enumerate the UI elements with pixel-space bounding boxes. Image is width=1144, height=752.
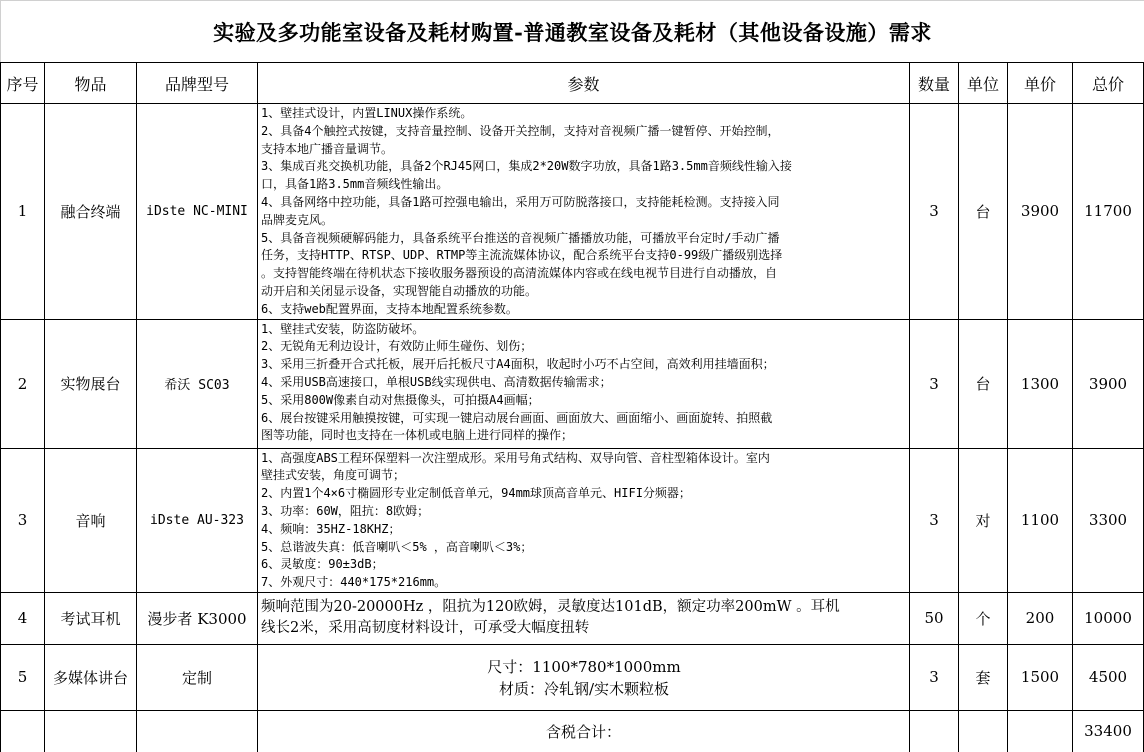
param-line: 3、采用三折叠开合式托板，展开后托板尺寸A4面积，收起时小巧不占空间，高效利用挂… (261, 356, 907, 374)
cell-params[interactable]: 1、壁挂式设计，内置LINUX操作系统。 2、具备4个触控式按键，支持音量控制、… (258, 104, 910, 320)
param-line: 6、支持web配置界面，支持本地配置系统参数。 (261, 301, 907, 319)
cell-index[interactable]: 4 (1, 592, 45, 644)
cell-total[interactable]: 11700 (1073, 104, 1144, 320)
cell-unit[interactable]: 套 (959, 644, 1008, 710)
header-unit: 单位 (959, 63, 1008, 104)
cell-empty[interactable] (910, 710, 959, 752)
cell-qty[interactable]: 50 (910, 592, 959, 644)
grand-total[interactable]: 33400 (1073, 710, 1144, 752)
param-line: 1、壁挂式设计，内置LINUX操作系统。 (261, 105, 907, 123)
cell-total[interactable]: 3900 (1073, 319, 1144, 448)
header-row: 序号 物品 品牌型号 参数 数量 单位 单价 总价 (1, 63, 1144, 104)
cell-params[interactable]: 1、壁挂式安装，防盗防破坏。 2、无锐角无利边设计，有效防止师生碰伤、划伤； 3… (258, 319, 910, 448)
table-row: 2 实物展台 希沃 SC03 1、壁挂式安装，防盗防破坏。 2、无锐角无利边设计… (1, 319, 1144, 448)
total-row: 含税合计： 33400 (1, 710, 1144, 752)
cell-brand[interactable]: 定制 (137, 644, 258, 710)
cell-item[interactable]: 音响 (45, 448, 137, 592)
cell-item[interactable]: 多媒体讲台 (45, 644, 137, 710)
header-total: 总价 (1073, 63, 1144, 104)
header-params: 参数 (258, 63, 910, 104)
cell-price[interactable]: 1300 (1008, 319, 1073, 448)
cell-item[interactable]: 实物展台 (45, 319, 137, 448)
cell-empty[interactable] (959, 710, 1008, 752)
cell-qty[interactable]: 3 (910, 319, 959, 448)
param-line: 任务，支持HTTP、RTSP、UDP、RTMP等主流流媒体协议，配合系统平台支持… (261, 247, 907, 265)
param-line: 频响范围为20-20000Hz ，阻抗为120欧姆，灵敏度达101dB，额定功率… (261, 597, 907, 618)
cell-index[interactable]: 1 (1, 104, 45, 320)
param-line: 图等功能，同时也支持在一体机或电脑上进行同样的操作； (261, 427, 907, 445)
param-line: 5、具备音视频硬解码能力，具备系统平台推送的音视频广播播放功能，可播放平台定时/… (261, 230, 907, 248)
cell-params[interactable]: 尺寸：1100*780*1000mm 材质：冷轧钢/实木颗粒板 (258, 644, 910, 710)
param-line: 5、总谐波失真：低音喇叭＜5% ，高音喇叭＜3%； (261, 539, 907, 557)
cell-price[interactable]: 200 (1008, 592, 1073, 644)
param-line: 4、具备网络中控功能，具备1路可控强电输出，采用万可防脱落接口，支持能耗检测。支… (261, 194, 907, 212)
param-line: 5、采用800W像素自动对焦摄像头，可拍摄A4画幅； (261, 392, 907, 410)
cell-index[interactable]: 3 (1, 448, 45, 592)
param-line: 7、外观尺寸：440*175*216mm。 (261, 574, 907, 592)
cell-total[interactable]: 10000 (1073, 592, 1144, 644)
spreadsheet: 实验及多功能室设备及耗材购置-普通教室设备及耗材（其他设备设施）需求 序号 物品… (0, 0, 1144, 752)
header-qty: 数量 (910, 63, 959, 104)
cell-price[interactable]: 1500 (1008, 644, 1073, 710)
cell-params[interactable]: 频响范围为20-20000Hz ，阻抗为120欧姆，灵敏度达101dB，额定功率… (258, 592, 910, 644)
param-line: 2、无锐角无利边设计，有效防止师生碰伤、划伤； (261, 338, 907, 356)
param-line: 品牌麦克风。 (261, 212, 907, 230)
param-line: 壁挂式安装，角度可调节； (261, 467, 907, 485)
cell-total[interactable]: 4500 (1073, 644, 1144, 710)
param-line: 。支持智能终端在待机状态下接收服务器预设的高清流媒体内容或在线电视节目进行自动播… (261, 265, 907, 283)
param-line: 2、具备4个触控式按键，支持音量控制、设备开关控制，支持对音视频广播一键暂停、开… (261, 123, 907, 141)
cell-brand[interactable]: iDste NC-MINI (137, 104, 258, 320)
table-row: 3 音响 iDste AU-323 1、高强度ABS工程环保塑料一次注塑成形。采… (1, 448, 1144, 592)
header-brand: 品牌型号 (137, 63, 258, 104)
cell-unit[interactable]: 台 (959, 319, 1008, 448)
param-line: 1、高强度ABS工程环保塑料一次注塑成形。采用号角式结构、双导向管、音柱型箱体设… (261, 450, 907, 468)
cell-item[interactable]: 融合终端 (45, 104, 137, 320)
cell-unit[interactable]: 个 (959, 592, 1008, 644)
cell-unit[interactable]: 台 (959, 104, 1008, 320)
total-label[interactable]: 含税合计： (258, 710, 910, 752)
cell-qty[interactable]: 3 (910, 104, 959, 320)
param-line: 2、内置1个4×6寸椭圆形专业定制低音单元，94mm球顶高音单元、HIFI分频器… (261, 485, 907, 503)
param-line: 1、壁挂式安装，防盗防破坏。 (261, 321, 907, 339)
cell-params[interactable]: 1、高强度ABS工程环保塑料一次注塑成形。采用号角式结构、双导向管、音柱型箱体设… (258, 448, 910, 592)
param-line: 线长2米，采用高韧度材料设计，可承受大幅度扭转 (261, 618, 907, 639)
cell-brand[interactable]: iDste AU-323 (137, 448, 258, 592)
cell-index[interactable]: 5 (1, 644, 45, 710)
param-line: 支持本地广播音量调节。 (261, 141, 907, 159)
cell-total[interactable]: 3300 (1073, 448, 1144, 592)
cell-empty[interactable] (1008, 710, 1073, 752)
header-index: 序号 (1, 63, 45, 104)
cell-empty[interactable] (1, 710, 45, 752)
header-item: 物品 (45, 63, 137, 104)
param-line: 口，具备1路3.5mm音频线性输出。 (261, 176, 907, 194)
cell-empty[interactable] (137, 710, 258, 752)
param-line: 3、集成百兆交换机功能，具备2个RJ45网口，集成2*20W数字功放，具备1路3… (261, 158, 907, 176)
param-line: 6、灵敏度：90±3dB； (261, 556, 907, 574)
cell-price[interactable]: 1100 (1008, 448, 1073, 592)
cell-brand[interactable]: 漫步者 K3000 (137, 592, 258, 644)
param-line: 3、功率：60W，阻抗：8欧姆； (261, 503, 907, 521)
cell-qty[interactable]: 3 (910, 448, 959, 592)
sheet-title: 实验及多功能室设备及耗材购置-普通教室设备及耗材（其他设备设施）需求 (0, 0, 1144, 63)
param-line: 4、频响：35HZ-18KHZ； (261, 521, 907, 539)
table-row: 5 多媒体讲台 定制 尺寸：1100*780*1000mm 材质：冷轧钢/实木颗… (1, 644, 1144, 710)
table-row: 4 考试耳机 漫步者 K3000 频响范围为20-20000Hz ，阻抗为120… (1, 592, 1144, 644)
cell-qty[interactable]: 3 (910, 644, 959, 710)
param-line: 动开启和关闭显示设备，实现智能自动播放的功能。 (261, 283, 907, 301)
param-line: 6、展台按键采用触摸按键，可实现一键启动展台画面、画面放大、画面缩小、画面旋转、… (261, 410, 907, 428)
param-line: 4、采用USB高速接口，单根USB线实现供电、高清数据传输需求； (261, 374, 907, 392)
cell-item[interactable]: 考试耳机 (45, 592, 137, 644)
cell-unit[interactable]: 对 (959, 448, 1008, 592)
cell-price[interactable]: 3900 (1008, 104, 1073, 320)
cell-empty[interactable] (45, 710, 137, 752)
header-price: 单价 (1008, 63, 1073, 104)
requirements-table: 序号 物品 品牌型号 参数 数量 单位 单价 总价 1 融合终端 iDste N… (0, 62, 1144, 752)
cell-index[interactable]: 2 (1, 319, 45, 448)
table-row: 1 融合终端 iDste NC-MINI 1、壁挂式设计，内置LINUX操作系统… (1, 104, 1144, 320)
param-line: 尺寸：1100*780*1000mm (261, 656, 907, 678)
param-line: 材质：冷轧钢/实木颗粒板 (261, 678, 907, 700)
cell-brand[interactable]: 希沃 SC03 (137, 319, 258, 448)
